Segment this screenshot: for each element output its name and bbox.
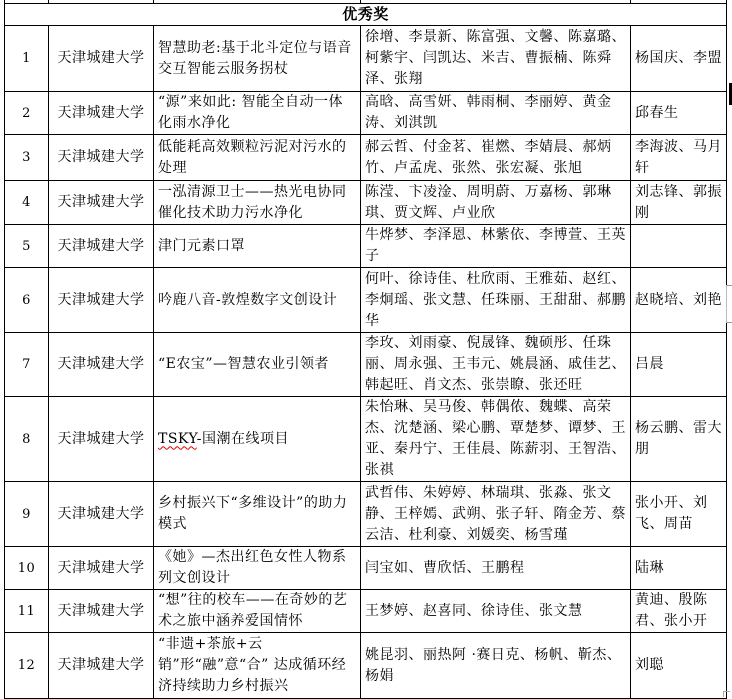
team-members: 姚昆羽、丽热阿 ·赛日克、杨帆、靳杰、杨娟	[361, 633, 631, 699]
advisors: 杨国庆、李盟	[631, 26, 727, 92]
table-row: 2 天津城建大学 “源”来如此: 智能全自动一体化雨水净化 高晗、高雪妍、韩雨桐…	[5, 92, 727, 135]
project-name: 低能耗高效颗粒污泥对污水的处理	[154, 135, 361, 181]
spellcheck-underlined-text: TSKY	[158, 431, 197, 447]
row-number: 2	[5, 92, 49, 135]
school-name: 天津城建大学	[49, 633, 154, 699]
section-title: 优秀奖	[5, 4, 727, 26]
advisors: 李海波、马月轩	[631, 135, 727, 181]
team-members: 李玫、刘雨豪、倪晟锋、魏硕彤、任珠丽、周永强、王韦元、姚晨涵、戚佳艺、韩起旺、肖…	[361, 333, 631, 397]
table-row: 7 天津城建大学 “E农宝”—智慧农业引领者 李玫、刘雨豪、倪晟锋、魏硕彤、任珠…	[5, 333, 727, 397]
project-name: “非遗+茶旅+云销”形“融”意“合” 达成循环经济持续助力乡村振兴	[154, 633, 361, 699]
team-members: 朱怡琳、吴马俊、韩偶侬、魏蝶、高荣杰、沈楚涵、梁心鹏、覃楚梦、谭梦、王亚、秦丹宁…	[361, 397, 631, 482]
row-number: 11	[5, 590, 49, 633]
advisors: 邱春生	[631, 92, 727, 135]
team-members: 郝云哲、付金茗、崔燃、李婧晨、郝炳竹、卢孟虎、张然、张宏凝、张旭	[361, 135, 631, 181]
school-name: 天津城建大学	[49, 225, 154, 268]
team-members: 高晗、高雪妍、韩雨桐、李丽婷、黄金涛、刘淇凯	[361, 92, 631, 135]
advisors: 黄迪、殷陈君、张小开	[631, 590, 727, 633]
table-row: 1 天津城建大学 智慧助老:基于北斗定位与语音交互智能云服务拐杖 徐增、李景新、…	[5, 26, 727, 92]
school-name: 天津城建大学	[49, 547, 154, 590]
school-name: 天津城建大学	[49, 333, 154, 397]
school-name: 天津城建大学	[49, 135, 154, 181]
advisors: 吕晨	[631, 333, 727, 397]
advisors: 陆琳	[631, 547, 727, 590]
school-name: 天津城建大学	[49, 181, 154, 225]
project-name: 智慧助老:基于北斗定位与语音交互智能云服务拐杖	[154, 26, 361, 92]
row-number: 1	[5, 26, 49, 92]
table-row: 10 天津城建大学 《她》—杰出红色女性人物系列文创设计 闫宝如、曹欣恬、王鹏程…	[5, 547, 727, 590]
side-panel-tab[interactable]	[726, 285, 732, 323]
row-number: 3	[5, 135, 49, 181]
advisors: 张小开、刘飞、周苗	[631, 482, 727, 547]
row-number: 10	[5, 547, 49, 590]
row-number: 12	[5, 633, 49, 699]
table-row: 9 天津城建大学 乡村振兴下“多维设计”的助力模式 武哲伟、朱婷婷、林瑞琪、张淼…	[5, 482, 727, 547]
row-number: 6	[5, 268, 49, 333]
advisors: 刘志锋、郭振刚	[631, 181, 727, 225]
row-number: 8	[5, 397, 49, 482]
project-name: 一泓清源卫士——热光电协同催化技术助力污水净化	[154, 181, 361, 225]
team-members: 闫宝如、曹欣恬、王鹏程	[361, 547, 631, 590]
team-members: 何叶、徐诗佳、杜欣雨、王雅茹、赵红、李炯瑶、张文慧、任珠丽、王甜甜、郝鹏华	[361, 268, 631, 333]
school-name: 天津城建大学	[49, 26, 154, 92]
project-name: 吟鹿八音-敦煌数字文创设计	[154, 268, 361, 333]
project-name: 乡村振兴下“多维设计”的助力模式	[154, 482, 361, 547]
page-corner-mark	[723, 691, 730, 697]
table-row: 3 天津城建大学 低能耗高效颗粒污泥对污水的处理 郝云哲、付金茗、崔燃、李婧晨、…	[5, 135, 727, 181]
row-number: 9	[5, 482, 49, 547]
school-name: 天津城建大学	[49, 268, 154, 333]
award-table: 优秀奖 1 天津城建大学 智慧助老:基于北斗定位与语音交互智能云服务拐杖 徐增、…	[4, 0, 727, 699]
project-name: “源”来如此: 智能全自动一体化雨水净化	[154, 92, 361, 135]
project-name: 津门元素口罩	[154, 225, 361, 268]
project-name-rest: -国潮在线项目	[197, 431, 289, 447]
team-members: 徐增、李景新、陈富强、文馨、陈嘉璐、柯紫宇、闫凯达、米吉、曹振楠、陈舜泽、张翔	[361, 26, 631, 92]
school-name: 天津城建大学	[49, 397, 154, 482]
team-members: 武哲伟、朱婷婷、林瑞琪、张淼、张文静、王梓嫣、武朔、张子轩、隋金芳、蔡云洁、杜利…	[361, 482, 631, 547]
award-table-page: 优秀奖 1 天津城建大学 智慧助老:基于北斗定位与语音交互智能云服务拐杖 徐增、…	[4, 0, 727, 699]
project-name: TSKY-国潮在线项目	[154, 397, 361, 482]
row-number: 5	[5, 225, 49, 268]
project-name: “E农宝”—智慧农业引领者	[154, 333, 361, 397]
team-members: 牛烨梦、李泽恩、林紫依、李博萱、王英子	[361, 225, 631, 268]
advisors: 刘聪	[631, 633, 727, 699]
table-row: 6 天津城建大学 吟鹿八音-敦煌数字文创设计 何叶、徐诗佳、杜欣雨、王雅茹、赵红…	[5, 268, 727, 333]
school-name: 天津城建大学	[49, 482, 154, 547]
school-name: 天津城建大学	[49, 92, 154, 135]
table-row: 8 天津城建大学 TSKY-国潮在线项目 朱怡琳、吴马俊、韩偶侬、魏蝶、高荣杰、…	[5, 397, 727, 482]
row-number: 4	[5, 181, 49, 225]
table-row: 4 天津城建大学 一泓清源卫士——热光电协同催化技术助力污水净化 陈滢、卞凌淦、…	[5, 181, 727, 225]
table-row: 12 天津城建大学 “非遗+茶旅+云销”形“融”意“合” 达成循环经济持续助力乡…	[5, 633, 727, 699]
table-row: 5 天津城建大学 津门元素口罩 牛烨梦、李泽恩、林紫依、李博萱、王英子	[5, 225, 727, 268]
table-row: 11 天津城建大学 “想”往的校车——在奇妙的艺术之旅中涵养爱国情怀 王梦婷、赵…	[5, 590, 727, 633]
project-name: “想”往的校车——在奇妙的艺术之旅中涵养爱国情怀	[154, 590, 361, 633]
advisors: 杨云鹏、雷大朋	[631, 397, 727, 482]
team-members: 陈滢、卞凌淦、周明蔚、万嘉杨、郭琳琪、贾文辉、卢业欣	[361, 181, 631, 225]
advisors	[631, 225, 727, 268]
team-members: 王梦婷、赵喜同、徐诗佳、张文慧	[361, 590, 631, 633]
project-name: 《她》—杰出红色女性人物系列文创设计	[154, 547, 361, 590]
advisors: 赵晓培、刘艳	[631, 268, 727, 333]
section-header-row: 优秀奖	[5, 4, 727, 26]
school-name: 天津城建大学	[49, 590, 154, 633]
row-number: 7	[5, 333, 49, 397]
